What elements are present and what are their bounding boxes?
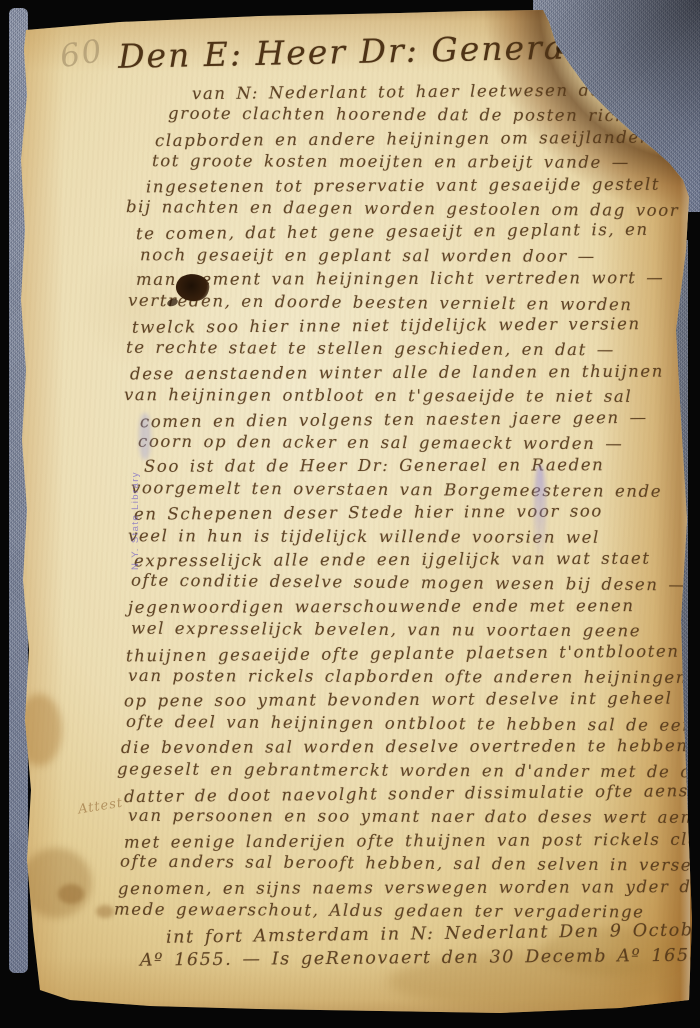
manuscript-line: bij nachten en daegen worden gestoolen o… — [126, 199, 679, 219]
manuscript-line: van posten rickels clapborden ofte ander… — [128, 668, 688, 686]
blue-ink-smudge — [139, 413, 151, 460]
manuscript-line: noch gesaeijt en geplant sal worden door… — [140, 247, 596, 265]
manuscript-line: genomen, en sijns naems verswegen worden… — [118, 878, 700, 897]
manuscript-page: 60 Den E: Heer Dr: Generael, en Raed van… — [0, 0, 700, 1028]
library-stamp: N.Y. State Library — [130, 450, 141, 570]
manuscript-line: op pene soo ymant bevonden wort deselve … — [124, 691, 673, 710]
manuscript-line: manquement van heijningen licht vertrede… — [136, 270, 664, 288]
marginal-note: Attest — [77, 796, 124, 818]
manuscript-line: ofte conditie deselve soude mogen wesen … — [131, 573, 687, 594]
manuscript-line: ingesetenen tot preservatie vant gesaeij… — [146, 176, 660, 195]
manuscript-line: mede gewaerschout, Aldus gedaen ter verg… — [114, 902, 645, 921]
manuscript-line: gegeselt en gebrantmerckt worden en d'an… — [117, 761, 700, 781]
stain-speck — [96, 905, 114, 918]
manuscript-line: veel in hun is tijdelijck willende voors… — [128, 528, 600, 546]
manuscript-line: van persoonen en soo ymant naer dato des… — [128, 808, 700, 827]
manuscript-line: voorgemelt ten overstaen van Borgemeeste… — [131, 480, 662, 500]
manuscript-line: Aº 1655. — Is geRenovaert den 30 Decemb … — [140, 947, 700, 970]
manuscript-line: te rechte staet te stellen geschieden, e… — [126, 340, 615, 359]
manuscript-line: clapborden en andere heijningen om saeij… — [155, 129, 700, 150]
stain-speck — [58, 884, 84, 904]
folio-number: 60 — [57, 33, 106, 75]
manuscript-line: datter de doot naevolght sonder dissimul… — [124, 783, 700, 806]
manuscript-line: ofte deel van heijningen ontbloot te heb… — [126, 714, 700, 735]
manuscript-line: int fort Amsterdam in N: Nederlant Den 9… — [166, 923, 700, 948]
stain-left-edge-lower — [20, 848, 92, 918]
manuscript-line: twelck soo hier inne niet tijdelijck wed… — [132, 316, 641, 336]
manuscript-line: dese aenstaenden winter alle de landen e… — [130, 363, 664, 382]
manuscript-line: expresselijck alle ende een ijgelijck va… — [134, 551, 651, 570]
manuscript-line: groote clachten hoorende dat de posten r… — [168, 106, 655, 125]
manuscript-line: met eenige landerijen ofte thuijnen van … — [124, 831, 700, 851]
manuscript-line: comen en dien volgens ten naesten jaere … — [140, 409, 648, 430]
purple-ink-streak — [534, 465, 546, 561]
manuscript-line: te comen, dat het gene gesaeijt en gepla… — [136, 222, 649, 243]
manuscript-line: thuijnen gesaeijde ofte geplante plaetse… — [126, 643, 680, 664]
manuscript-line: en Schepenen deser Stede hier inne voor … — [134, 504, 603, 524]
manuscript-line: van heijningen ontbloot en t'gesaeijde t… — [124, 387, 632, 405]
manuscript-line: jegenwoordigen waerschouwende ende met e… — [128, 598, 635, 616]
scanned-manuscript: { "page": { "folio_number": "60", "headi… — [0, 0, 700, 1028]
manuscript-line: ofte anders sal berooft hebben, sal den … — [120, 854, 700, 875]
manuscript-line: die bevonden sal worden deselve overtred… — [121, 738, 700, 757]
manuscript-line: tot groote kosten moeijten en arbeijt va… — [152, 153, 630, 171]
manuscript-line: coorn op den acker en sal gemaeckt worde… — [138, 434, 623, 453]
manuscript-line: wel expresselijck bevelen, van nu voorta… — [131, 621, 641, 640]
